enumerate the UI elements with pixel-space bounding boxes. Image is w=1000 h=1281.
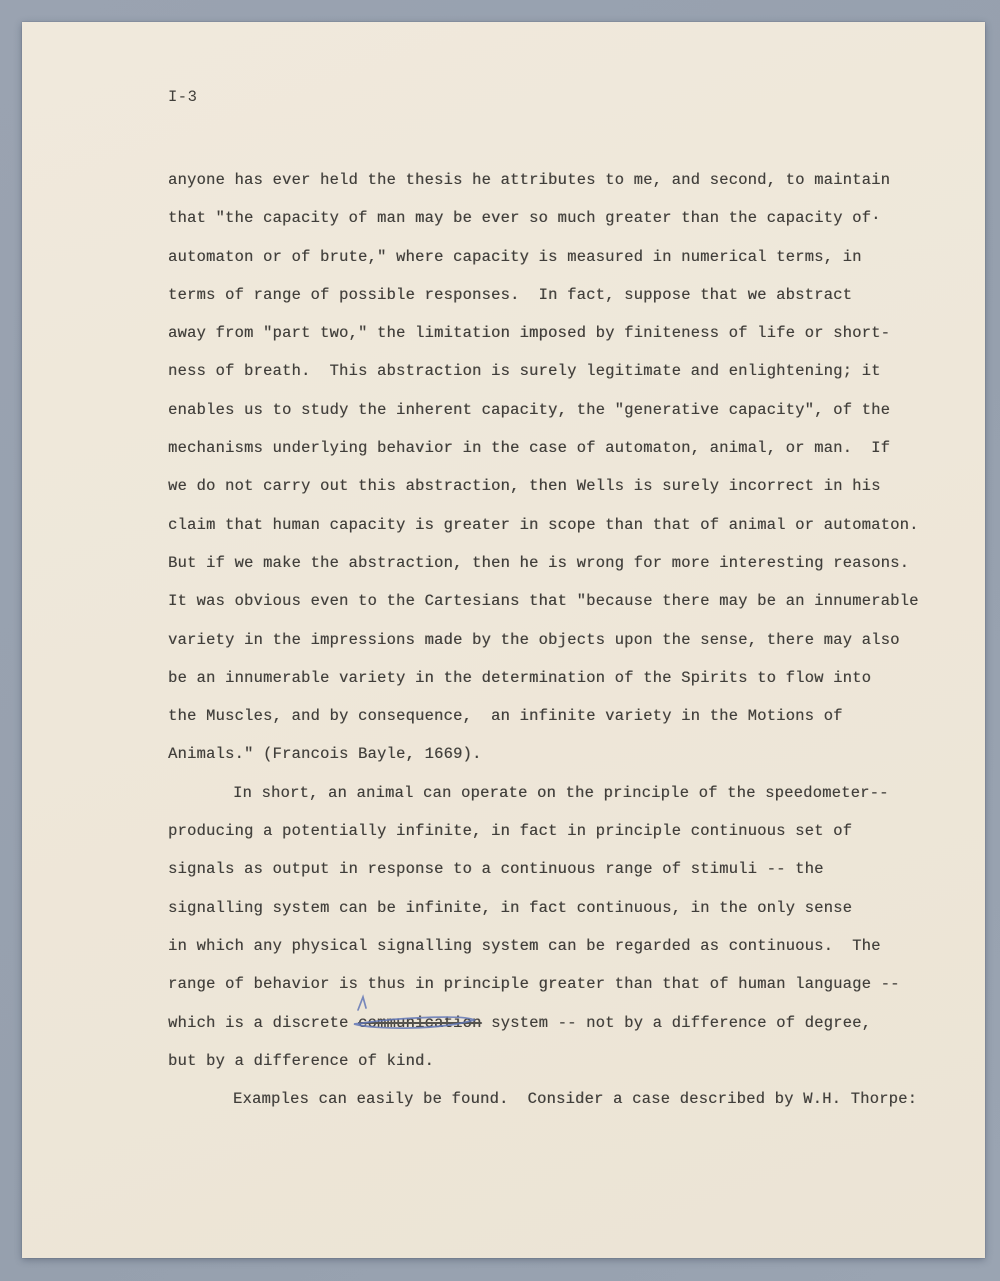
paragraph-1: anyone has ever held the thesis he attri… [168,161,930,774]
strikethrough-word-text: communication [358,1014,482,1032]
page-number: I-3 [168,88,197,106]
document-page: I-3 anyone has ever held the thesis he a… [22,22,985,1258]
text-line: in which any physical signalling system … [168,927,930,965]
text-line: we do not carry out this abstraction, th… [168,467,930,505]
struck-line-after: system -- not by a difference of degree, [482,1014,872,1032]
typewritten-text-block: anyone has ever held the thesis he attri… [168,161,930,1118]
text-line: be an innumerable variety in the determi… [168,659,930,697]
text-line: signals as output in response to a conti… [168,850,930,888]
text-line: claim that human capacity is greater in … [168,506,930,544]
text-line: producing a potentially infinite, in fac… [168,812,930,850]
text-line: signalling system can be infinite, in fa… [168,889,930,927]
text-line: the Muscles, and by consequence, an infi… [168,697,930,735]
struck-line-before: which is a discrete [168,1014,358,1032]
text-line: away from "part two," the limitation imp… [168,314,930,352]
paragraph-2: In short, an animal can operate on the p… [168,774,930,1080]
text-line: range of behavior is thus in principle g… [168,965,930,1003]
strikethrough-word: communication [358,1004,482,1042]
text-line: anyone has ever held the thesis he attri… [168,161,930,199]
text-line-with-strikethrough: which is a discrete communication system… [168,1004,930,1042]
text-line: Examples can easily be found. Consider a… [168,1080,930,1118]
text-line: automaton or of brute," where capacity i… [168,238,930,276]
text-line: terms of range of possible responses. In… [168,276,930,314]
text-line: variety in the impressions made by the o… [168,621,930,659]
text-line: But if we make the abstraction, then he … [168,544,930,582]
text-line: mechanisms underlying behavior in the ca… [168,429,930,467]
text-line: In short, an animal can operate on the p… [168,774,930,812]
text-line: It was obvious even to the Cartesians th… [168,582,930,620]
text-line: but by a difference of kind. [168,1042,930,1080]
text-line: ness of breath. This abstraction is sure… [168,352,930,390]
text-line: that "the capacity of man may be ever so… [168,199,930,237]
paragraph-3: Examples can easily be found. Consider a… [168,1080,930,1118]
text-line: Animals." (Francois Bayle, 1669). [168,735,930,773]
text-line: enables us to study the inherent capacit… [168,391,930,429]
